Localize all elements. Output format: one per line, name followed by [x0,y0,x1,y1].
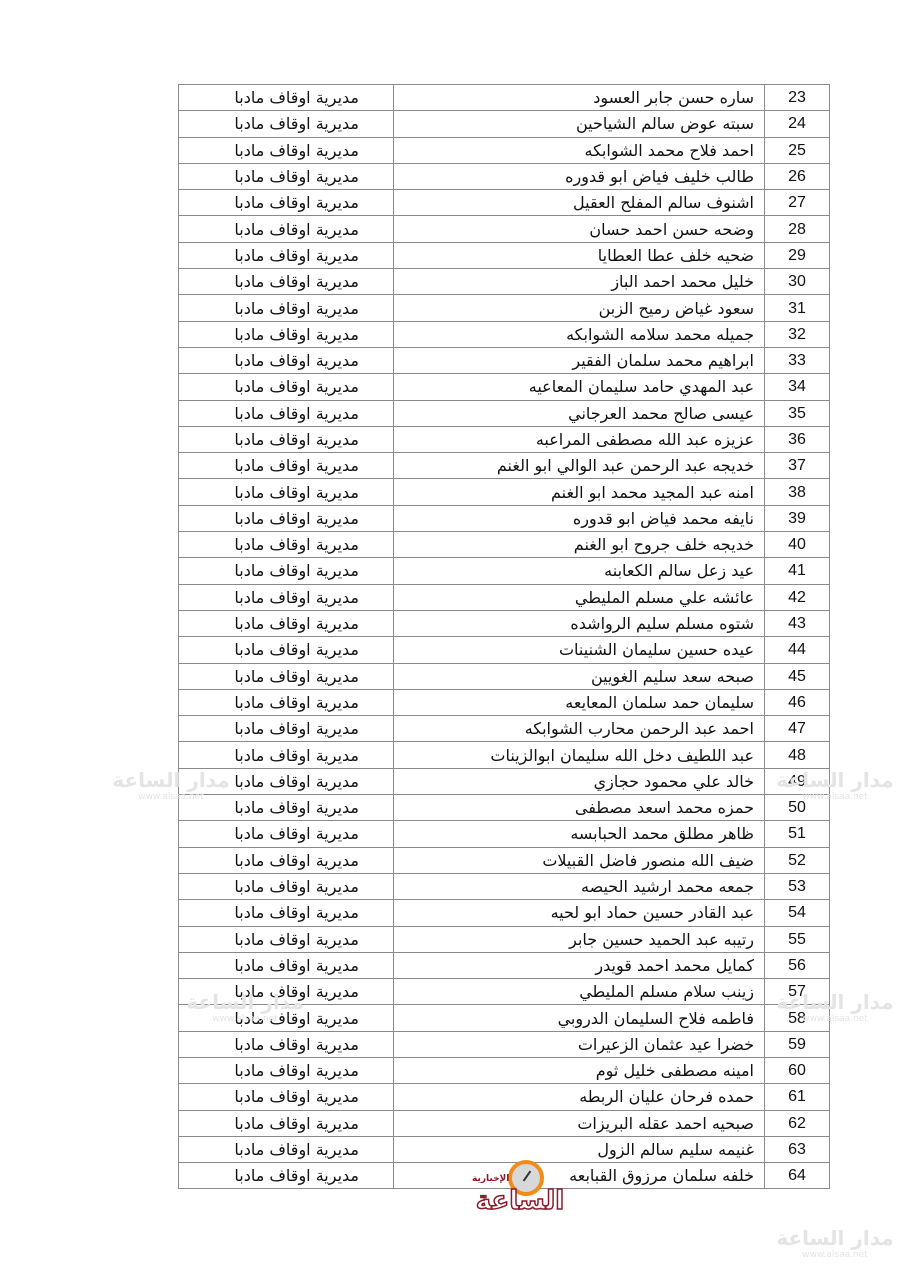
row-number: 58 [765,1005,830,1031]
row-number: 24 [765,111,830,137]
beneficiary-name: احمد فلاح محمد الشوابكه [394,137,765,163]
row-number: 42 [765,584,830,610]
beneficiary-name: رتيبه عبد الحميد حسين جابر [394,926,765,952]
directorate-name: مديرية اوقاف مادبا [179,873,394,899]
directorate-name: مديرية اوقاف مادبا [179,1084,394,1110]
directorate-name: مديرية اوقاف مادبا [179,269,394,295]
table-row: 43شتوه مسلم سليم الرواشدهمديرية اوقاف ما… [179,610,830,636]
directorate-name: مديرية اوقاف مادبا [179,1110,394,1136]
beneficiary-name: خالد علي محمود حجازي [394,768,765,794]
directorate-name: مديرية اوقاف مادبا [179,1005,394,1031]
table-row: 44عيده حسين سليمان الشنيناتمديرية اوقاف … [179,637,830,663]
beneficiary-name: عيد زعل سالم الكعابنه [394,558,765,584]
table-row: 57زينب سلام مسلم المليطيمديرية اوقاف ماد… [179,979,830,1005]
directorate-name: مديرية اوقاف مادبا [179,137,394,163]
table-row: 63غنيمه سليم سالم الزولمديرية اوقاف مادب… [179,1136,830,1162]
row-number: 25 [765,137,830,163]
row-number: 38 [765,479,830,505]
row-number: 48 [765,742,830,768]
row-number: 46 [765,689,830,715]
row-number: 52 [765,847,830,873]
beneficiary-name: سعود غياض رميح الزبن [394,295,765,321]
directorate-name: مديرية اوقاف مادبا [179,689,394,715]
logo-text: الساعة [472,1186,568,1216]
table-row: 26طالب خليف فياض ابو قدورهمديرية اوقاف م… [179,163,830,189]
directorate-name: مديرية اوقاف مادبا [179,163,394,189]
beneficiary-name: حمزه محمد اسعد مصطفى [394,795,765,821]
beneficiary-name: خضرا عيد عثمان الزعيرات [394,1031,765,1057]
table-row: 32جميله محمد سلامه الشوابكهمديرية اوقاف … [179,321,830,347]
row-number: 30 [765,269,830,295]
row-number: 35 [765,400,830,426]
table-row: 34عبد المهدي حامد سليمان المعاعيهمديرية … [179,374,830,400]
table-row: 51ظاهر مطلق محمد الحبابسهمديرية اوقاف ما… [179,821,830,847]
beneficiary-name: كمايل محمد احمد قويدر [394,952,765,978]
beneficiary-name: صبحه سعد سليم الغويين [394,663,765,689]
beneficiary-name: ابراهيم محمد سلمان الفقير [394,347,765,373]
beneficiary-name: ظاهر مطلق محمد الحبابسه [394,821,765,847]
table-row: 42عائشه علي مسلم المليطيمديرية اوقاف ماد… [179,584,830,610]
row-number: 40 [765,532,830,558]
directorate-name: مديرية اوقاف مادبا [179,742,394,768]
beneficiary-name: عبد المهدي حامد سليمان المعاعيه [394,374,765,400]
row-number: 34 [765,374,830,400]
table-row: 49خالد علي محمود حجازيمديرية اوقاف مادبا [179,768,830,794]
row-number: 37 [765,453,830,479]
beneficiaries-table: 23ساره حسن جابر العسودمديرية اوقاف مادبا… [178,84,830,1189]
directorate-name: مديرية اوقاف مادبا [179,190,394,216]
beneficiary-name: سبته عوض سالم الشياحين [394,111,765,137]
table-row: 38امنه عبد المجيد محمد ابو الغنممديرية ا… [179,479,830,505]
directorate-name: مديرية اوقاف مادبا [179,900,394,926]
watermark-brand: مدار الساعة [770,1226,900,1250]
beneficiary-name: خديجه عبد الرحمن عبد الوالي ابو الغنم [394,453,765,479]
row-number: 29 [765,242,830,268]
beneficiary-name: امينه مصطفى خليل ثوم [394,1057,765,1083]
beneficiary-name: امنه عبد المجيد محمد ابو الغنم [394,479,765,505]
directorate-name: مديرية اوقاف مادبا [179,295,394,321]
directorate-name: مديرية اوقاف مادبا [179,479,394,505]
directorate-name: مديرية اوقاف مادبا [179,1163,394,1189]
table-row: 54عبد القادر حسين حماد ابو لحيهمديرية او… [179,900,830,926]
directorate-name: مديرية اوقاف مادبا [179,453,394,479]
row-number: 50 [765,795,830,821]
table-row: 25احمد فلاح محمد الشوابكهمديرية اوقاف ما… [179,137,830,163]
row-number: 63 [765,1136,830,1162]
table-row: 24سبته عوض سالم الشياحينمديرية اوقاف ماد… [179,111,830,137]
table-row: 35عيسى صالح محمد العرجانيمديرية اوقاف ما… [179,400,830,426]
directorate-name: مديرية اوقاف مادبا [179,85,394,111]
directorate-name: مديرية اوقاف مادبا [179,637,394,663]
table-row: 27اشنوف سالم المفلح العقيلمديرية اوقاف م… [179,190,830,216]
row-number: 49 [765,768,830,794]
directorate-name: مديرية اوقاف مادبا [179,584,394,610]
table-row: 56كمايل محمد احمد قويدرمديرية اوقاف مادب… [179,952,830,978]
directorate-name: مديرية اوقاف مادبا [179,979,394,1005]
row-number: 28 [765,216,830,242]
row-number: 33 [765,347,830,373]
table-body: 23ساره حسن جابر العسودمديرية اوقاف مادبا… [179,85,830,1189]
row-number: 36 [765,426,830,452]
logo-subtitle: الإخبارية [472,1174,509,1184]
table-row: 62صبحيه احمد عقله البريزاتمديرية اوقاف م… [179,1110,830,1136]
beneficiary-name: ساره حسن جابر العسود [394,85,765,111]
row-number: 39 [765,505,830,531]
beneficiary-name: جمعه محمد ارشيد الحيصه [394,873,765,899]
directorate-name: مديرية اوقاف مادبا [179,111,394,137]
directorate-name: مديرية اوقاف مادبا [179,1136,394,1162]
row-number: 61 [765,1084,830,1110]
table-row: 58فاطمه فلاح السليمان الدروبيمديرية اوقا… [179,1005,830,1031]
table-row: 45صبحه سعد سليم الغويينمديرية اوقاف مادب… [179,663,830,689]
table-row: 39نايفه محمد فياض ابو قدورهمديرية اوقاف … [179,505,830,531]
table-row: 23ساره حسن جابر العسودمديرية اوقاف مادبا [179,85,830,111]
table-row: 37خديجه عبد الرحمن عبد الوالي ابو الغنمم… [179,453,830,479]
beneficiary-name: خليل محمد احمد الباز [394,269,765,295]
table-row: 36عزيزه عبد الله مصطفى المراعبهمديرية او… [179,426,830,452]
beneficiary-name: جميله محمد سلامه الشوابكه [394,321,765,347]
table-row: 61حمده فرحان عليان الربطهمديرية اوقاف ما… [179,1084,830,1110]
row-number: 53 [765,873,830,899]
alsaa-logo: الإخبارية الساعة [472,1160,568,1230]
beneficiary-name: خديجه خلف جروح ابو الغنم [394,532,765,558]
row-number: 23 [765,85,830,111]
table-row: 55رتيبه عبد الحميد حسين جابرمديرية اوقاف… [179,926,830,952]
beneficiary-name: طالب خليف فياض ابو قدوره [394,163,765,189]
table-row: 41عيد زعل سالم الكعابنهمديرية اوقاف مادب… [179,558,830,584]
beneficiary-name: سليمان حمد سلمان المعايعه [394,689,765,715]
table-row: 48عبد اللطيف دخل الله سليمان ابوالزيناتم… [179,742,830,768]
beneficiary-name: غنيمه سليم سالم الزول [394,1136,765,1162]
table-row: 31سعود غياض رميح الزبنمديرية اوقاف مادبا [179,295,830,321]
directorate-name: مديرية اوقاف مادبا [179,768,394,794]
beneficiary-name: عائشه علي مسلم المليطي [394,584,765,610]
directorate-name: مديرية اوقاف مادبا [179,426,394,452]
beneficiary-name: حمده فرحان عليان الربطه [394,1084,765,1110]
beneficiary-name: ضحيه خلف عطا العطايا [394,242,765,268]
directorate-name: مديرية اوقاف مادبا [179,926,394,952]
beneficiary-name: عبد القادر حسين حماد ابو لحيه [394,900,765,926]
document-page: 23ساره حسن جابر العسودمديرية اوقاف مادبا… [0,0,904,1280]
directorate-name: مديرية اوقاف مادبا [179,1031,394,1057]
directorate-name: مديرية اوقاف مادبا [179,795,394,821]
directorate-name: مديرية اوقاف مادبا [179,400,394,426]
table-row: 47احمد عبد الرحمن محارب الشوابكهمديرية ا… [179,716,830,742]
directorate-name: مديرية اوقاف مادبا [179,821,394,847]
directorate-name: مديرية اوقاف مادبا [179,558,394,584]
row-number: 32 [765,321,830,347]
directorate-name: مديرية اوقاف مادبا [179,374,394,400]
row-number: 54 [765,900,830,926]
table-row: 33ابراهيم محمد سلمان الفقيرمديرية اوقاف … [179,347,830,373]
row-number: 47 [765,716,830,742]
beneficiary-name: صبحيه احمد عقله البريزات [394,1110,765,1136]
table-row: 40خديجه خلف جروح ابو الغنممديرية اوقاف م… [179,532,830,558]
row-number: 31 [765,295,830,321]
row-number: 55 [765,926,830,952]
beneficiary-name: عبد اللطيف دخل الله سليمان ابوالزينات [394,742,765,768]
beneficiary-name: اشنوف سالم المفلح العقيل [394,190,765,216]
beneficiary-name: فاطمه فلاح السليمان الدروبي [394,1005,765,1031]
directorate-name: مديرية اوقاف مادبا [179,610,394,636]
directorate-name: مديرية اوقاف مادبا [179,347,394,373]
table-row: 46سليمان حمد سلمان المعايعهمديرية اوقاف … [179,689,830,715]
directorate-name: مديرية اوقاف مادبا [179,716,394,742]
beneficiary-name: نايفه محمد فياض ابو قدوره [394,505,765,531]
beneficiary-name: عيده حسين سليمان الشنينات [394,637,765,663]
table-row: 50حمزه محمد اسعد مصطفىمديرية اوقاف مادبا [179,795,830,821]
row-number: 45 [765,663,830,689]
table-row: 59خضرا عيد عثمان الزعيراتمديرية اوقاف ما… [179,1031,830,1057]
table-row: 60امينه مصطفى خليل ثوممديرية اوقاف مادبا [179,1057,830,1083]
beneficiary-name: خلفه سلمان مرزوق القبابعه [394,1163,765,1189]
table-row: 28وضحه حسن احمد حسانمديرية اوقاف مادبا [179,216,830,242]
table-row: 53جمعه محمد ارشيد الحيصهمديرية اوقاف ماد… [179,873,830,899]
beneficiary-name: وضحه حسن احمد حسان [394,216,765,242]
table-row: 29ضحيه خلف عطا العطايامديرية اوقاف مادبا [179,242,830,268]
row-number: 43 [765,610,830,636]
directorate-name: مديرية اوقاف مادبا [179,1057,394,1083]
directorate-name: مديرية اوقاف مادبا [179,663,394,689]
directorate-name: مديرية اوقاف مادبا [179,505,394,531]
table-row: 30خليل محمد احمد البازمديرية اوقاف مادبا [179,269,830,295]
row-number: 26 [765,163,830,189]
row-number: 56 [765,952,830,978]
row-number: 57 [765,979,830,1005]
row-number: 51 [765,821,830,847]
row-number: 60 [765,1057,830,1083]
beneficiary-name: احمد عبد الرحمن محارب الشوابكه [394,716,765,742]
table-row: 52ضيف الله منصور فاضل القبيلاتمديرية اوق… [179,847,830,873]
directorate-name: مديرية اوقاف مادبا [179,952,394,978]
directorate-name: مديرية اوقاف مادبا [179,532,394,558]
watermark-bottom-right: مدار الساعة www.alsaa.net [770,1226,900,1260]
directorate-name: مديرية اوقاف مادبا [179,242,394,268]
directorate-name: مديرية اوقاف مادبا [179,847,394,873]
row-number: 62 [765,1110,830,1136]
directorate-name: مديرية اوقاف مادبا [179,216,394,242]
directorate-name: مديرية اوقاف مادبا [179,321,394,347]
row-number: 59 [765,1031,830,1057]
row-number: 44 [765,637,830,663]
watermark-url: www.alsaa.net [770,1250,900,1260]
beneficiary-name: شتوه مسلم سليم الرواشده [394,610,765,636]
row-number: 64 [765,1163,830,1189]
beneficiary-name: زينب سلام مسلم المليطي [394,979,765,1005]
beneficiary-name: عزيزه عبد الله مصطفى المراعبه [394,426,765,452]
beneficiary-name: عيسى صالح محمد العرجاني [394,400,765,426]
row-number: 41 [765,558,830,584]
row-number: 27 [765,190,830,216]
beneficiary-name: ضيف الله منصور فاضل القبيلات [394,847,765,873]
